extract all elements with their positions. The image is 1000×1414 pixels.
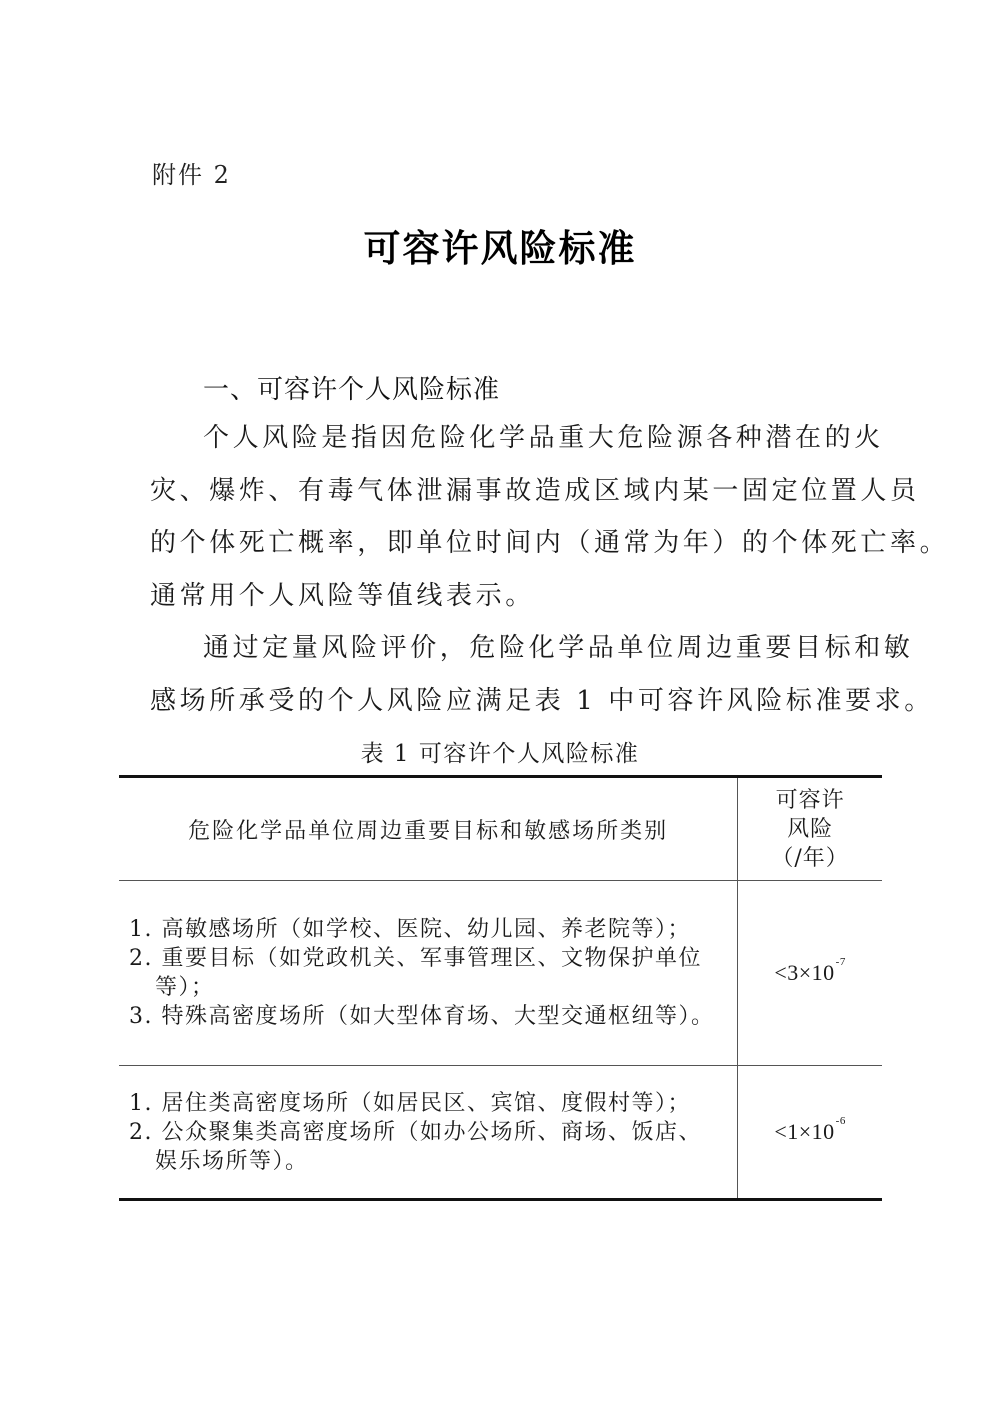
- header-category: 危险化学品单位周边重要目标和敏感场所类别: [119, 777, 738, 881]
- table-row: 1. 高敏感场所（如学校、医院、幼儿园、养老院等）； 2. 重要目标（如党政机关…: [119, 881, 882, 1066]
- paragraph-quantitative-assessment: 通过定量风险评价，危险化学品单位周边重要目标和敏 感场所承受的个人风险应满足表 …: [150, 622, 860, 727]
- category-item-text: 2. 公众聚集类高密度场所（如办公场所、商场、饭店、: [129, 1120, 702, 1145]
- category-cell: 1. 高敏感场所（如学校、医院、幼儿园、养老院等）； 2. 重要目标（如党政机关…: [119, 881, 738, 1066]
- risk-value: <1×10: [774, 1119, 834, 1144]
- category-cell: 1. 居住类高密度场所（如居民区、宾馆、度假村等）； 2. 公众聚集类高密度场所…: [119, 1066, 738, 1200]
- page-title: 可容许风险标准: [0, 218, 1000, 272]
- category-item-continuation: 娱乐场所等）。: [129, 1147, 733, 1176]
- paragraph-line: 感场所承受的个人风险应满足表 1 中可容许风险标准要求。: [150, 675, 860, 728]
- section-heading: 一、可容许个人风险标准: [203, 369, 500, 406]
- header-risk-line: （/年）: [739, 844, 881, 873]
- risk-standard-table: 危险化学品单位周边重要目标和敏感场所类别 可容许 风险 （/年） 1. 高敏感场…: [119, 775, 882, 1201]
- category-item-text: 1. 高敏感场所（如学校、医院、幼儿园、养老院等）；: [129, 917, 691, 942]
- risk-value-cell: <1×10-6: [738, 1066, 882, 1200]
- paragraph-individual-risk-definition: 个人风险是指因危险化学品重大危险源各种潜在的火 灾、爆炸、有毒气体泄漏事故造成区…: [150, 412, 860, 622]
- risk-value: <3×10: [774, 960, 834, 985]
- table-caption: 表 1 可容许个人风险标准: [0, 735, 1000, 768]
- paragraph-line: 个人风险是指因危险化学品重大危险源各种潜在的火: [150, 412, 860, 465]
- header-tolerable-risk: 可容许 风险 （/年）: [738, 777, 882, 881]
- paragraph-line: 通常用个人风险等值线表示。: [150, 570, 860, 623]
- paragraph-line: 灾、爆炸、有毒气体泄漏事故造成区域内某一固定位置人员: [150, 465, 860, 518]
- risk-exponent: -7: [836, 956, 846, 968]
- attachment-label: 附件 2: [152, 155, 231, 190]
- header-risk-line: 可容许: [739, 786, 881, 815]
- paragraph-line: 的个体死亡概率，即单位时间内（通常为年）的个体死亡率。: [150, 517, 860, 570]
- paragraph-line: 通过定量风险评价，危险化学品单位周边重要目标和敏: [150, 622, 860, 675]
- category-item-text: 3. 特殊高密度场所（如大型体育场、大型交通枢纽等）。: [129, 1004, 715, 1029]
- risk-exponent: -6: [836, 1115, 846, 1127]
- category-item-continuation: 等）；: [129, 973, 733, 1002]
- category-item: 3. 特殊高密度场所（如大型体育场、大型交通枢纽等）。: [129, 1002, 733, 1031]
- table-header-row: 危险化学品单位周边重要目标和敏感场所类别 可容许 风险 （/年）: [119, 777, 882, 881]
- header-risk-line: 风险: [739, 815, 881, 844]
- table-row: 1. 居住类高密度场所（如居民区、宾馆、度假村等）； 2. 公众聚集类高密度场所…: [119, 1066, 882, 1200]
- category-item-text: 1. 居住类高密度场所（如居民区、宾馆、度假村等）；: [129, 1091, 691, 1116]
- category-item-text: 2. 重要目标（如党政机关、军事管理区、文物保护单位: [129, 946, 702, 971]
- category-item: 1. 高敏感场所（如学校、医院、幼儿园、养老院等）；: [129, 915, 733, 944]
- category-item: 1. 居住类高密度场所（如居民区、宾馆、度假村等）；: [129, 1089, 733, 1118]
- category-item: 2. 公众聚集类高密度场所（如办公场所、商场、饭店、 娱乐场所等）。: [129, 1118, 733, 1176]
- category-item: 2. 重要目标（如党政机关、军事管理区、文物保护单位 等）；: [129, 944, 733, 1002]
- risk-value-cell: <3×10-7: [738, 881, 882, 1066]
